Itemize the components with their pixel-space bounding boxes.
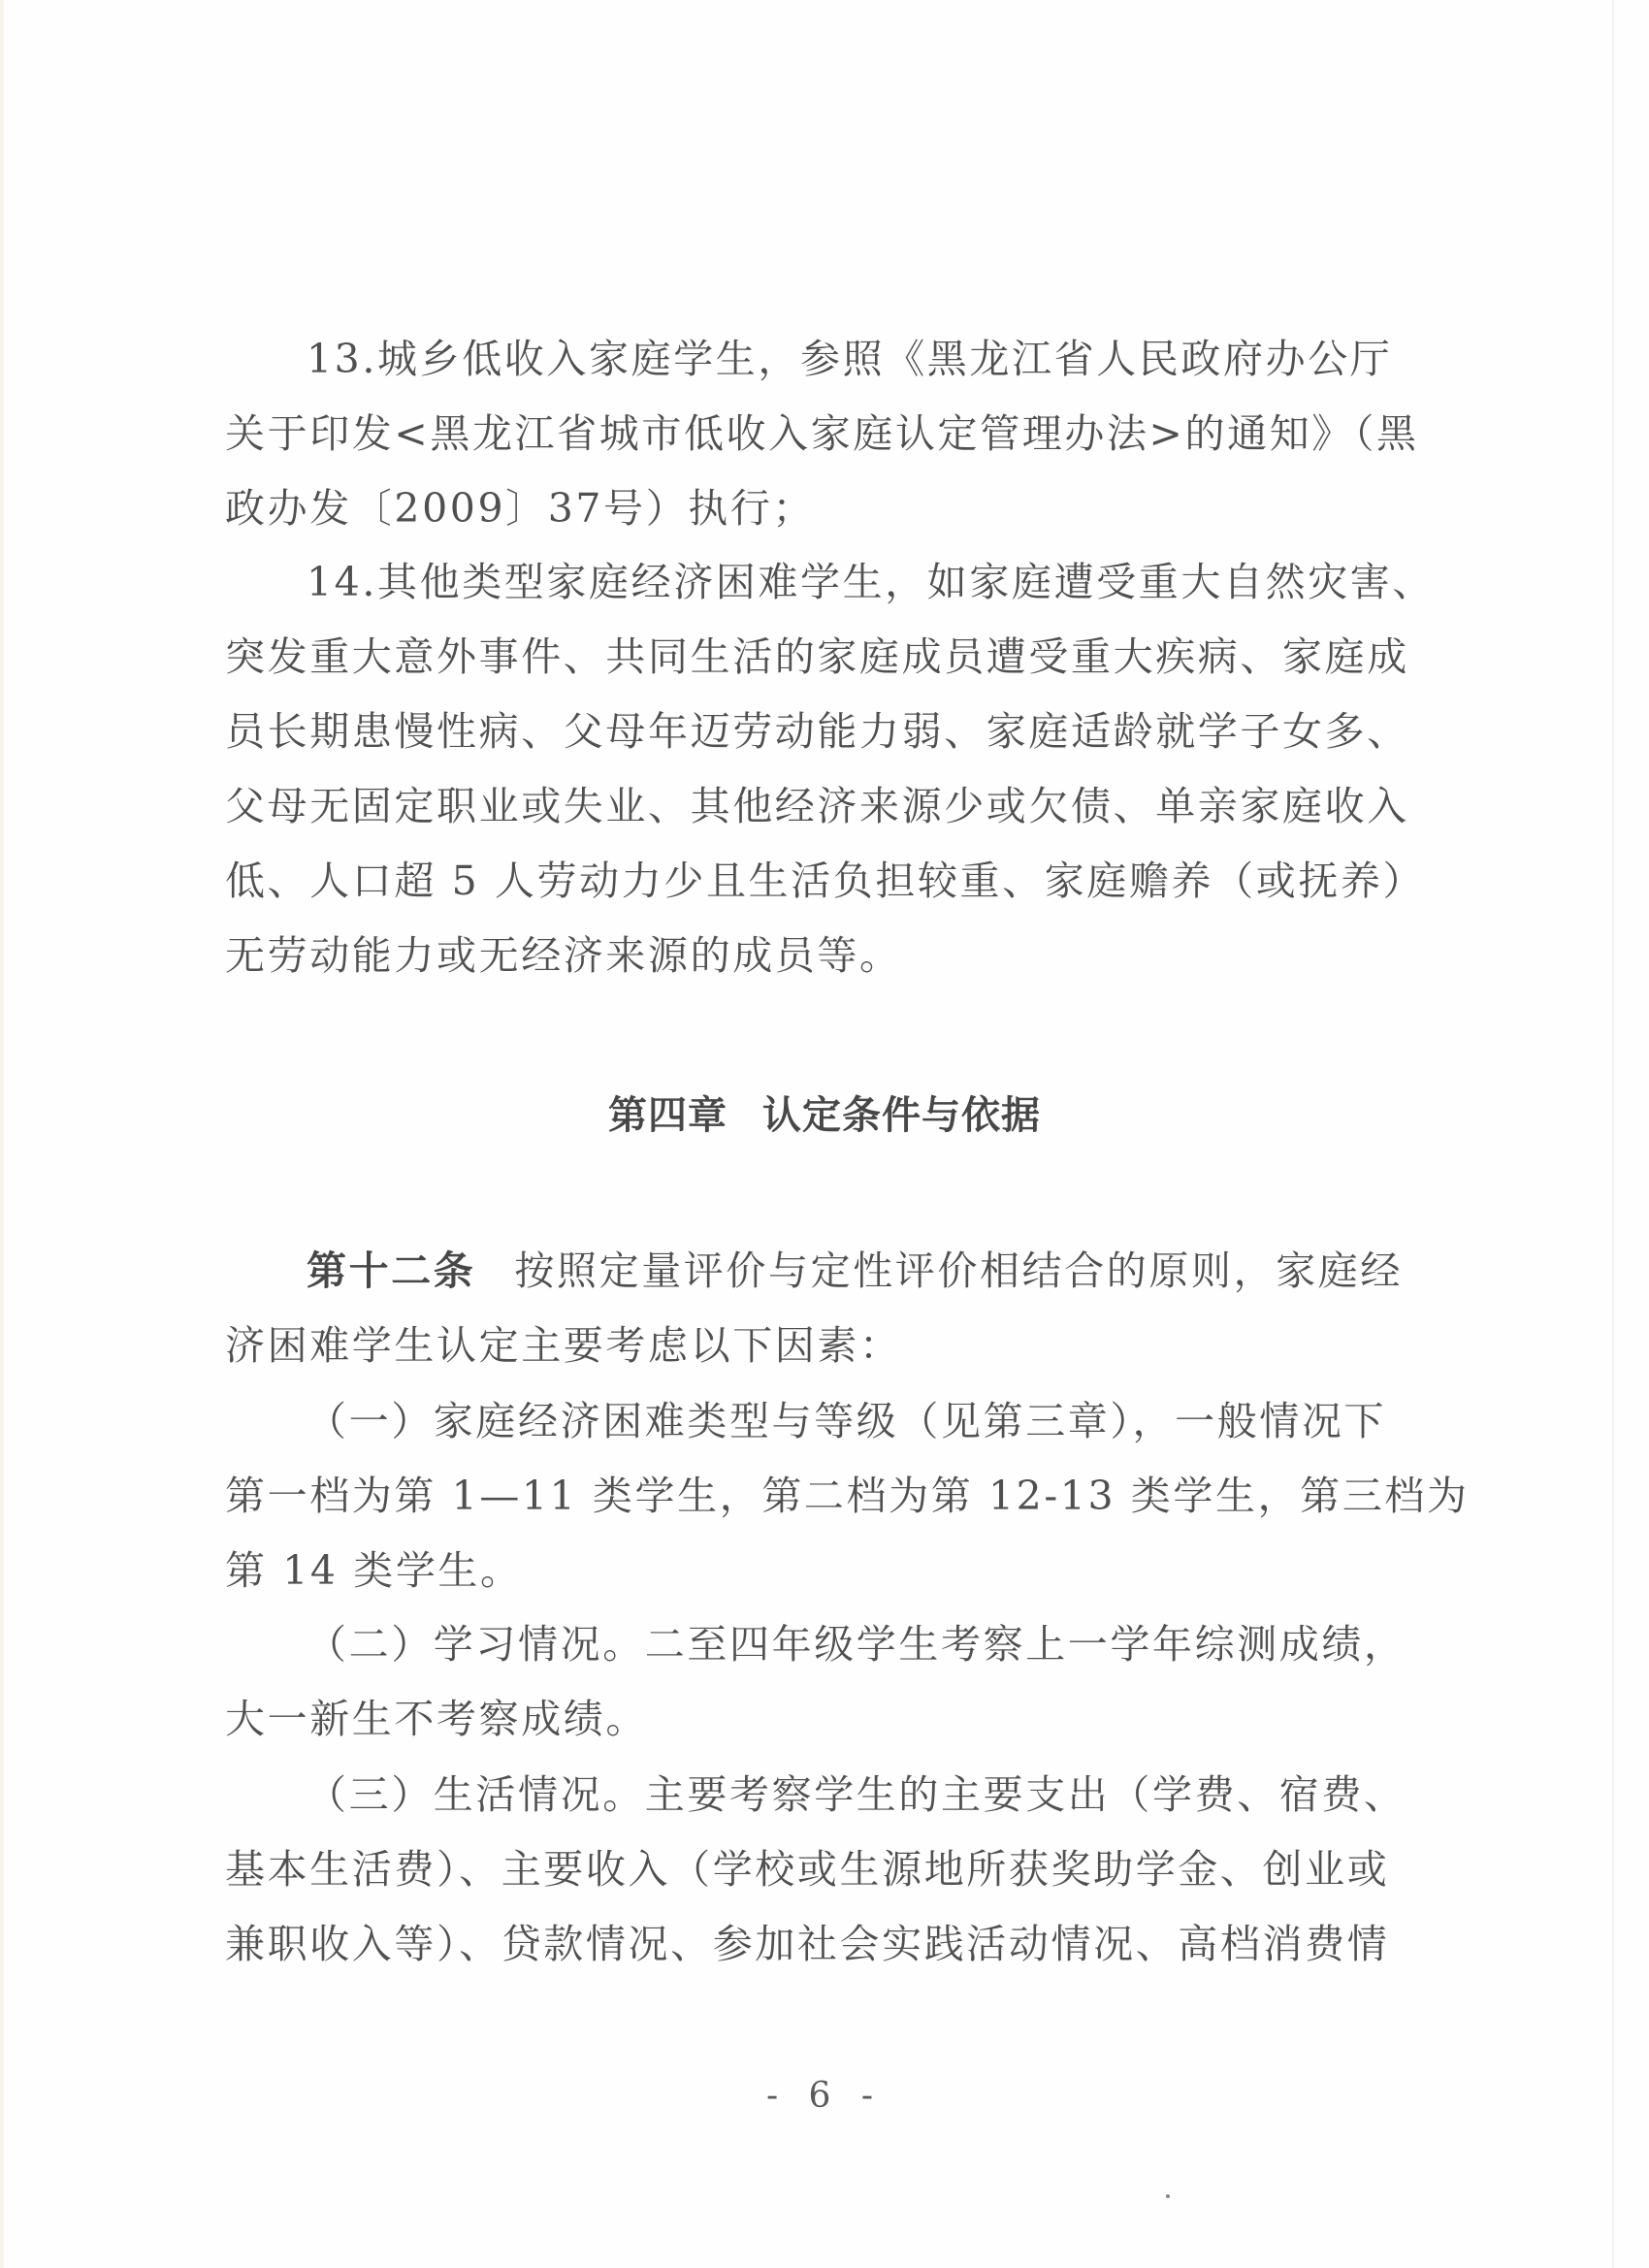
text-line: 关于印发<黑龙江省城市低收入家庭认定管理办法>的通知》（黑 [225,397,1436,471]
text-line: 基本生活费）、主要收入（学校或生源地所获奖助学金、创业或 [225,1832,1436,1907]
text-line: 第 14 类学生。 [225,1534,1436,1608]
text-line: 济困难学生认定主要考虑以下因素： [225,1309,1436,1383]
text-line: 突发重大意外事件、共同生活的家庭成员遭受重大疾病、家庭成 [225,620,1436,695]
article-12-paragraph: 第十二条按照定量评价与定性评价相结合的原则，家庭经 济困难学生认定主要考虑以下因… [225,1234,1436,1383]
document-page: 13.城乡低收入家庭学生，参照《黑龙江省人民政府办公厅 关于印发<黑龙江省城市低… [0,0,1649,2268]
factor-2-paragraph: （二）学习情况。二至四年级学生考察上一学年综测成绩， 大一新生不考察成绩。 [225,1607,1436,1757]
text-line: （三）生活情况。主要考察学生的主要支出（学费、宿费、 [225,1758,1436,1832]
section-14-paragraph: 14.其他类型家庭经济困难学生，如家庭遭受重大自然灾害、 突发重大意外事件、共同… [225,545,1436,993]
chapter-heading: 第四章认定条件与依据 [0,1085,1649,1140]
text-line: 员长期患慢性病、父母年迈劳动能力弱、家庭适龄就学子女多、 [225,695,1436,769]
text-line: 第一档为第 1—11 类学生，第二档为第 12-13 类学生，第三档为 [225,1459,1436,1534]
article-text: 按照定量评价与定性评价相结合的原则，家庭经 [514,1247,1403,1294]
text-line: 低、人口超 5 人劳动力少且生活负担较重、家庭赡养（或抚养） [225,844,1436,919]
page-number: - 6 - [0,2076,1649,2116]
section-13-paragraph: 13.城乡低收入家庭学生，参照《黑龙江省人民政府办公厅 关于印发<黑龙江省城市低… [225,322,1436,546]
scan-speck [1166,2194,1170,2198]
text-line: （二）学习情况。二至四年级学生考察上一学年综测成绩， [225,1607,1436,1682]
chapter-number: 第四章 [608,1093,727,1138]
text-line: 无劳动能力或无经济来源的成员等。 [225,919,1436,993]
chapter-title: 认定条件与依据 [762,1093,1041,1138]
text-line: （一）家庭经济困难类型与等级（见第三章），一般情况下 [225,1384,1436,1459]
text-line: 13.城乡低收入家庭学生，参照《黑龙江省人民政府办公厅 [225,322,1436,397]
text-line: 政办发〔2009〕37号）执行； [225,471,1436,546]
text-line: 第十二条按照定量评价与定性评价相结合的原则，家庭经 [225,1234,1436,1309]
factor-1-paragraph: （一）家庭经济困难类型与等级（见第三章），一般情况下 第一档为第 1—11 类学… [225,1384,1436,1608]
text-line: 兼职收入等）、贷款情况、参加社会实践活动情况、高档消费情 [225,1907,1436,1982]
article-label: 第十二条 [307,1247,475,1294]
text-line: 父母无固定职业或失业、其他经济来源少或欠债、单亲家庭收入 [225,769,1436,844]
text-line: 14.其他类型家庭经济困难学生，如家庭遭受重大自然灾害、 [225,545,1436,620]
factor-3-paragraph: （三）生活情况。主要考察学生的主要支出（学费、宿费、 基本生活费）、主要收入（学… [225,1758,1436,1982]
text-line: 大一新生不考察成绩。 [225,1682,1436,1757]
